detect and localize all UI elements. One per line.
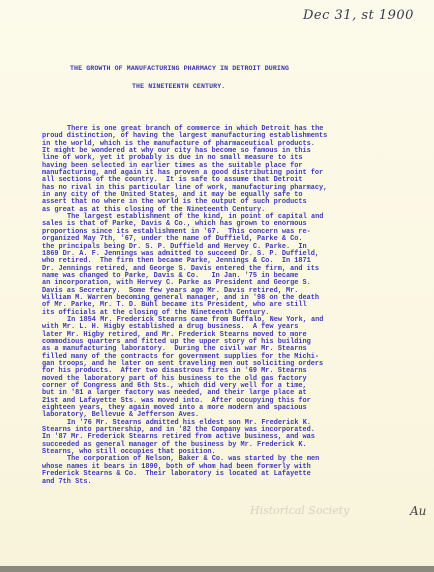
text-line: and 7th Sts.: [42, 479, 402, 486]
page-bottom-edge: [0, 566, 434, 572]
document-title-line-2: THE NINETEENTH CENTURY.: [132, 83, 434, 90]
text-line: Frederick Stearns & Co. Their laboratory…: [42, 471, 402, 478]
document-title-line-1: THE GROWTH OF MANUFACTURING PHARMACY IN …: [70, 65, 434, 72]
watermark: Historical Society: [250, 504, 349, 517]
document-body: There is one great branch of commerce in…: [42, 126, 402, 486]
document-page: Dec 31, st 1900 THE GROWTH OF MANUFACTUR…: [0, 0, 434, 566]
margin-annotation: Au: [410, 504, 426, 518]
handwritten-date: Dec 31, st 1900: [303, 8, 414, 23]
